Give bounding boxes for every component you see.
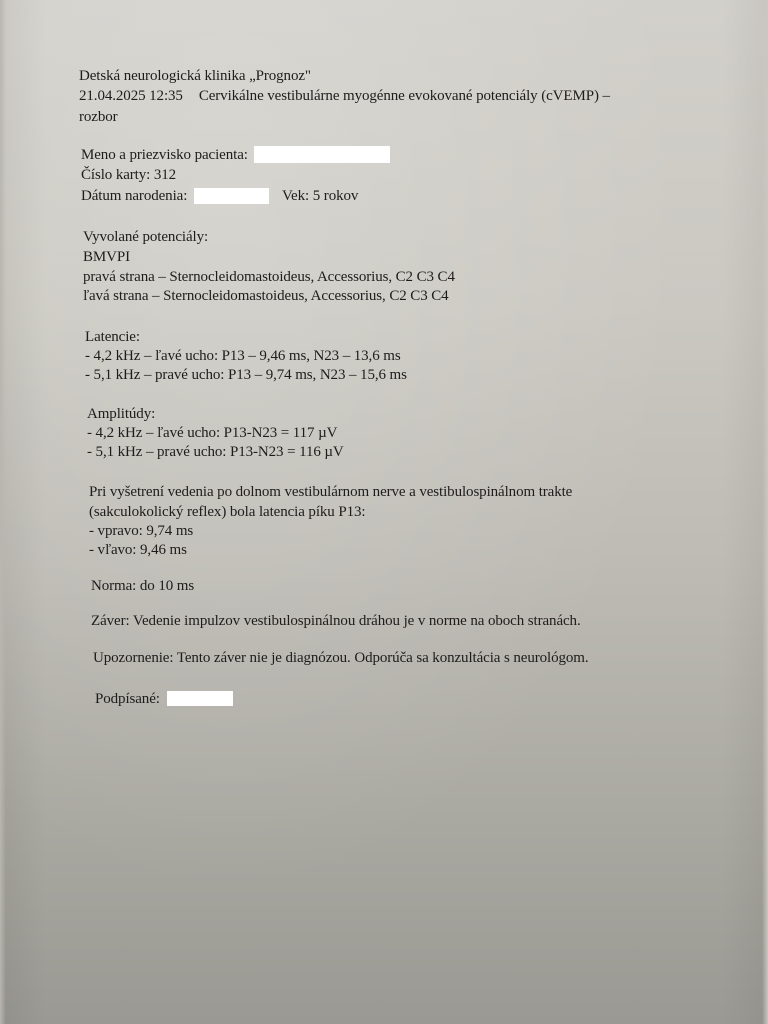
- finding-text-line1: Pri vyšetrení vedenia po dolnom vestibul…: [89, 483, 572, 502]
- paper-edge-right: [762, 0, 768, 1024]
- amplitudes-heading: Amplitúdy:: [87, 405, 155, 424]
- finding-item: - vľavo: 9,46 ms: [89, 541, 187, 560]
- notice-text: Upozornenie: Tento záver nie je diagnózo…: [93, 649, 589, 668]
- dob-row: Dátum narodenia: Vek: 5 rokov: [81, 187, 358, 206]
- signature-label: Podpísané:: [95, 691, 160, 707]
- amplitude-item: - 5,1 kHz – pravé ucho: P13-N23 = 116 µV: [87, 443, 344, 462]
- card-number-row: Číslo karty: 312: [81, 166, 176, 185]
- age-label: Vek:: [282, 188, 309, 204]
- potentials-left-side: ľavá strana – Sternocleidomastoideus, Ac…: [83, 287, 449, 306]
- potentials-method: BMVPI: [83, 248, 130, 267]
- exam-title-continued: rozbor: [79, 108, 118, 127]
- clinic-name: Detská neurologická klinika „Prognoz": [79, 67, 311, 86]
- patient-name-redacted: [254, 146, 390, 163]
- signature-redacted: [167, 691, 233, 706]
- finding-item: - vpravo: 9,74 ms: [89, 522, 193, 541]
- amplitude-item: - 4,2 kHz – ľavé ucho: P13-N23 = 117 µV: [87, 424, 337, 443]
- exam-header-line: 21.04.2025 12:35Cervikálne vestibulárne …: [79, 87, 610, 106]
- finding-text-line2: (sakculokolický reflex) bola latencia pí…: [89, 503, 365, 522]
- age-value: 5 rokov: [313, 188, 359, 204]
- potentials-right-side: pravá strana – Sternocleidomastoideus, A…: [83, 268, 455, 287]
- paper-edge-left: [0, 0, 6, 1024]
- dob-redacted: [194, 188, 269, 204]
- latencies-heading: Latencie:: [85, 328, 140, 347]
- norm-text: Norma: do 10 ms: [91, 577, 194, 596]
- dob-label: Dátum narodenia:: [81, 188, 187, 204]
- patient-name-label: Meno a priezvisko pacienta:: [81, 147, 248, 163]
- card-number-value: 312: [154, 167, 176, 183]
- patient-name-row: Meno a priezvisko pacienta:: [81, 146, 390, 165]
- latency-item: - 4,2 kHz – ľavé ucho: P13 – 9,46 ms, N2…: [85, 347, 401, 366]
- card-number-label: Číslo karty:: [81, 167, 150, 183]
- potentials-heading: Vyvolané potenciály:: [83, 228, 208, 247]
- exam-datetime: 21.04.2025 12:35: [79, 88, 183, 104]
- signature-row: Podpísané:: [95, 690, 233, 709]
- latency-item: - 5,1 kHz – pravé ucho: P13 – 9,74 ms, N…: [85, 366, 407, 385]
- conclusion-text: Záver: Vedenie impulzov vestibulospináln…: [91, 612, 581, 631]
- exam-title: Cervikálne vestibulárne myogénne evokova…: [199, 88, 610, 104]
